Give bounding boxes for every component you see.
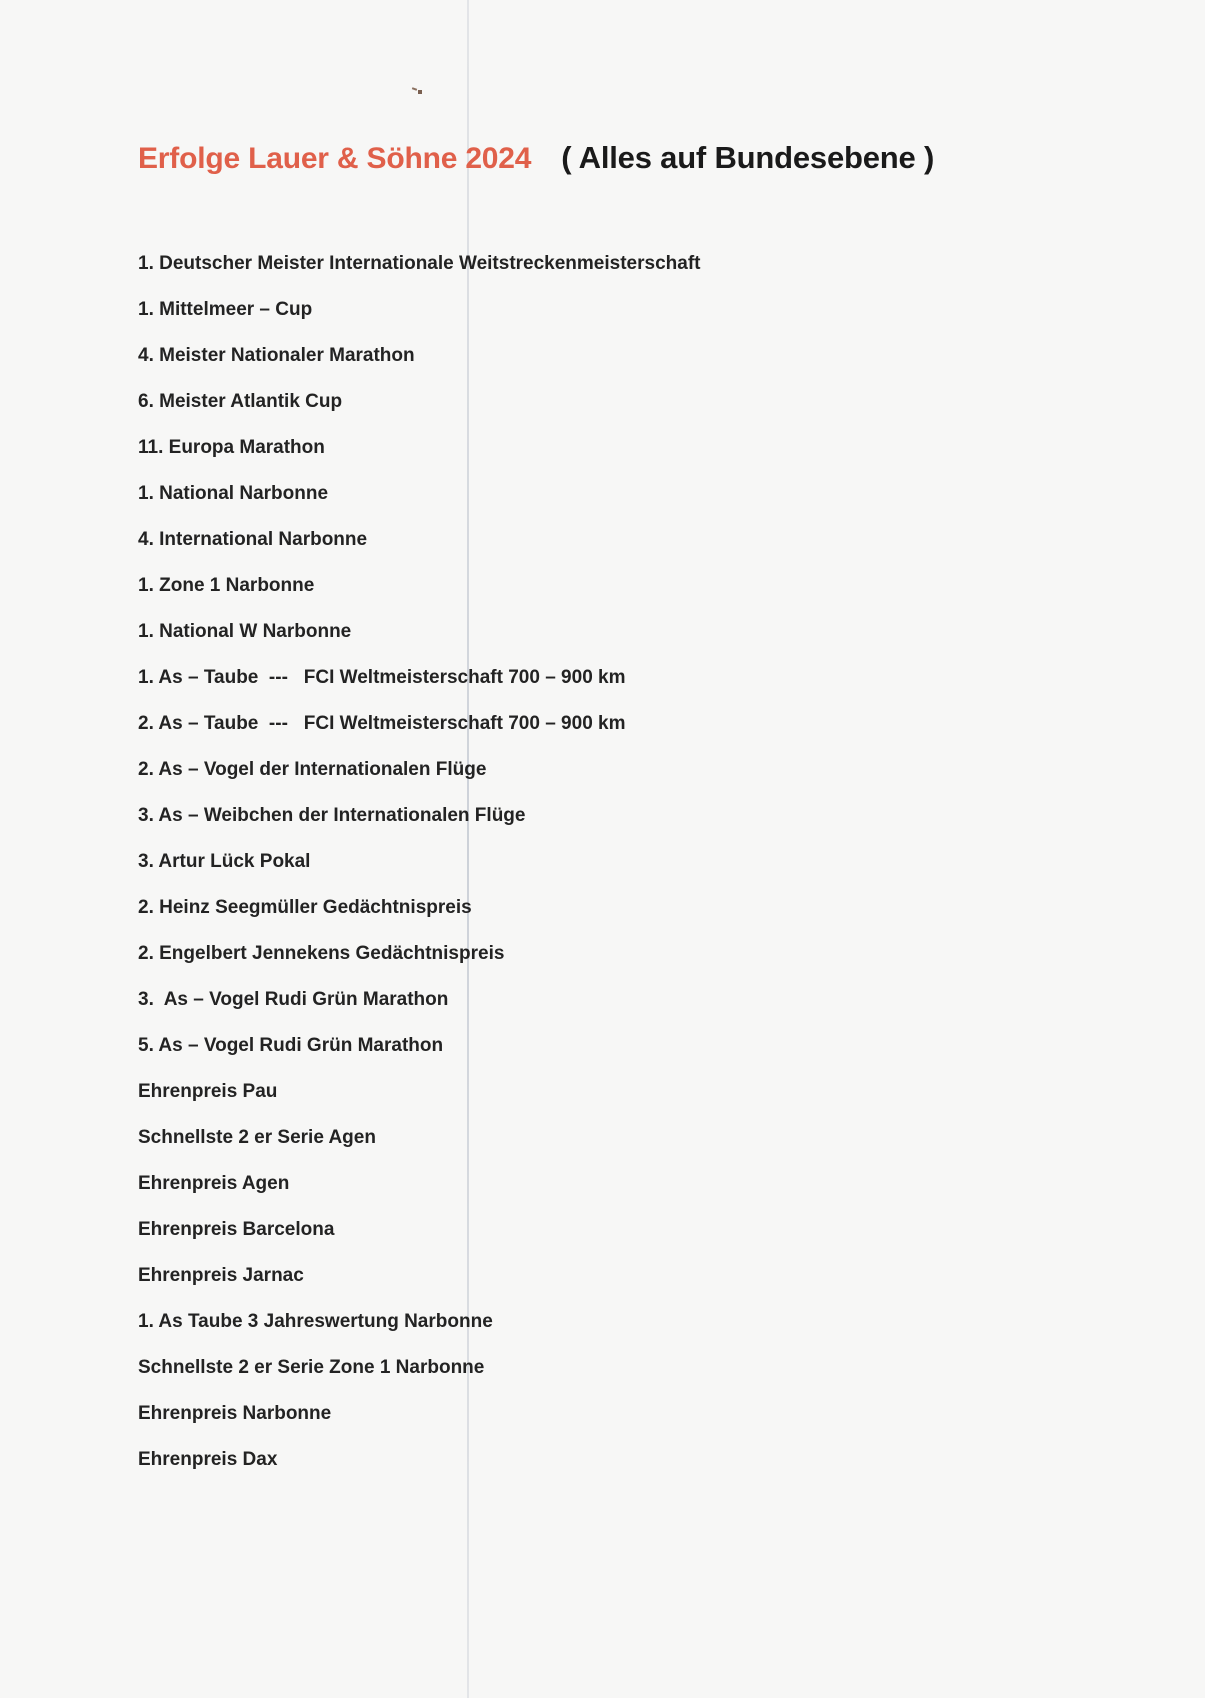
list-item: 4. Meister Nationaler Marathon — [138, 344, 700, 390]
list-item: 1. As – Taube --- FCI Weltmeisterschaft … — [138, 666, 700, 712]
list-item: 1. Deutscher Meister Internationale Weit… — [138, 252, 700, 298]
achievements-list: 1. Deutscher Meister Internationale Weit… — [138, 252, 700, 1494]
list-item: 2. As – Taube --- FCI Weltmeisterschaft … — [138, 712, 700, 758]
list-item: 2. As – Vogel der Internationalen Flüge — [138, 758, 700, 804]
scan-speck — [412, 88, 422, 93]
document-title: Erfolge Lauer & Söhne 2024 — [138, 142, 531, 176]
list-item: Ehrenpreis Barcelona — [138, 1218, 700, 1264]
list-item: 11. Europa Marathon — [138, 436, 700, 482]
list-item: Ehrenpreis Dax — [138, 1448, 700, 1494]
list-item: 1. Mittelmeer – Cup — [138, 298, 700, 344]
list-item: Ehrenpreis Agen — [138, 1172, 700, 1218]
heading: Erfolge Lauer & Söhne 2024 ( Alles auf B… — [138, 140, 934, 176]
list-item: 1. National W Narbonne — [138, 620, 700, 666]
list-item: Ehrenpreis Narbonne — [138, 1402, 700, 1448]
list-item: 4. International Narbonne — [138, 528, 700, 574]
list-item: 5. As – Vogel Rudi Grün Marathon — [138, 1034, 700, 1080]
document-subtitle: ( Alles auf Bundesebene ) — [561, 140, 934, 176]
list-item: Ehrenpreis Pau — [138, 1080, 700, 1126]
list-item: Schnellste 2 er Serie Zone 1 Narbonne — [138, 1356, 700, 1402]
list-item: 1. As Taube 3 Jahreswertung Narbonne — [138, 1310, 700, 1356]
list-item: Ehrenpreis Jarnac — [138, 1264, 700, 1310]
list-item: 3. As – Weibchen der Internationalen Flü… — [138, 804, 700, 850]
list-item: 3. Artur Lück Pokal — [138, 850, 700, 896]
list-item: Schnellste 2 er Serie Agen — [138, 1126, 700, 1172]
list-item: 1. National Narbonne — [138, 482, 700, 528]
list-item: 3. As – Vogel Rudi Grün Marathon — [138, 988, 700, 1034]
list-item: 2. Heinz Seegmüller Gedächtnispreis — [138, 896, 700, 942]
list-item: 2. Engelbert Jennekens Gedächtnispreis — [138, 942, 700, 988]
list-item: 6. Meister Atlantik Cup — [138, 390, 700, 436]
list-item: 1. Zone 1 Narbonne — [138, 574, 700, 620]
